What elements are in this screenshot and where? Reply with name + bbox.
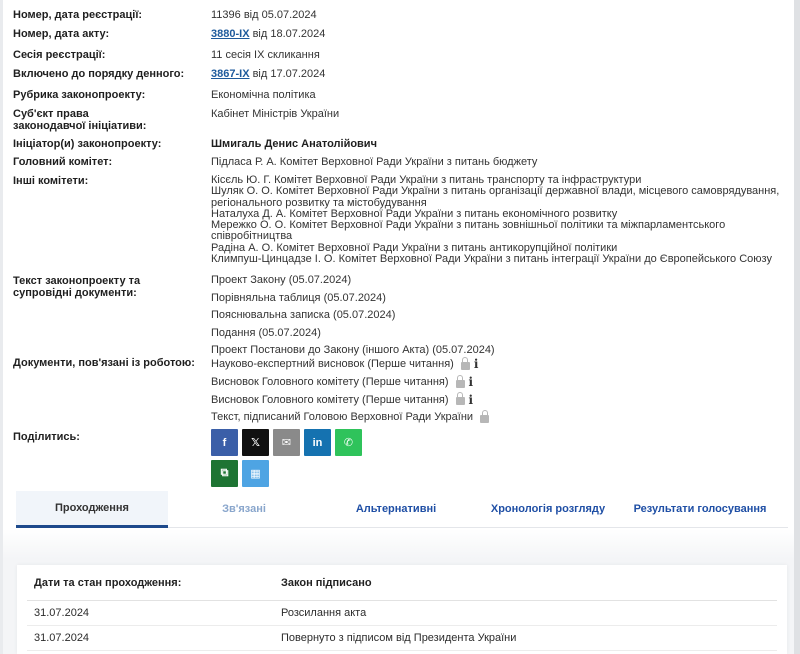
table-header: Дати та стан проходження: Закон підписан… xyxy=(27,565,777,601)
related-doc[interactable]: Науково-експертний висновок (Перше читан… xyxy=(211,356,489,374)
row-date: 31.07.2024 xyxy=(27,632,281,644)
row-event: Повернуто з підписом від Президента Укра… xyxy=(281,632,516,644)
subject-label: Суб'єкт права законодавчої ініціативи: xyxy=(13,108,163,132)
other-committees-list: Кісєль Ю. Г. Комітет Верховної Ради Укра… xyxy=(211,175,788,265)
rubric-value: Економічна політика xyxy=(211,89,316,101)
related-row: Документи, пов'язані із роботою: Науково… xyxy=(13,357,489,427)
session-label: Сесія реєстрації: xyxy=(13,49,211,61)
act-label: Номер, дата акту: xyxy=(13,28,211,40)
x-icon: 𝕏 xyxy=(251,436,260,449)
linkedin-icon: in xyxy=(313,437,323,449)
committee-line: Шуляк О. О. Комітет Верховної Ради Украї… xyxy=(211,186,788,197)
related-list: Науково-експертний висновок (Перше читан… xyxy=(211,356,489,427)
doc-link[interactable]: Порівняльна таблиця (05.07.2024) xyxy=(211,292,386,304)
related-doc[interactable]: Висновок Головного комітету (Перше читан… xyxy=(211,374,489,392)
agenda-row: Включено до порядку денного: 3867-IX від… xyxy=(13,68,325,80)
whatsapp-icon: ✆ xyxy=(344,436,353,449)
lock-icon xyxy=(461,362,470,370)
texts-row: Текст законопроекту та супровідні докуме… xyxy=(13,275,495,360)
related-doc[interactable]: Висновок Головного комітету (Перше читан… xyxy=(211,392,489,410)
related-label: Документи, пов'язані із роботою: xyxy=(13,357,211,427)
session-value: 11 сесія IX скликання xyxy=(211,49,320,61)
doc-link[interactable]: Подання (05.07.2024) xyxy=(211,327,321,339)
facebook-icon: f xyxy=(223,437,227,449)
lock-icon xyxy=(480,415,489,423)
email-share-button[interactable]: ✉ xyxy=(273,429,300,456)
tab-4[interactable]: Результати голосування xyxy=(624,491,776,527)
qr-share-button[interactable]: ▦ xyxy=(242,460,269,487)
initiator-row: Ініціатор(и) законопроекту: Шмигаль Дени… xyxy=(13,138,377,150)
header-dates: Дати та стан проходження: xyxy=(27,577,281,589)
committee-line: Климпуш-Цинцадзе І. О. Комітет Верховної… xyxy=(211,254,788,265)
subject-row: Суб'єкт права законодавчої ініціативи: К… xyxy=(13,108,339,132)
qr-icon: ▦ xyxy=(250,467,260,480)
rubric-row: Рубрика законопроекту: Економічна політи… xyxy=(13,89,316,101)
progress-table: Дати та стан проходження: Закон підписан… xyxy=(17,565,787,654)
scrollbar[interactable] xyxy=(794,0,800,654)
table-row: 31.07.2024 Повернуто з підписом від През… xyxy=(27,626,777,651)
initiator-value: Шмигаль Денис Анатолійович xyxy=(211,138,377,150)
doc-link[interactable]: Проект Закону (05.07.2024) xyxy=(211,274,351,286)
tab-1[interactable]: Зв'язані xyxy=(168,491,320,527)
share-row: Поділитись: f𝕏✉in✆⧉▦ xyxy=(13,431,371,487)
agenda-date: від 17.07.2024 xyxy=(250,68,326,80)
other-committees-row: Інші комітети: Кісєль Ю. Г. Комітет Верх… xyxy=(13,175,788,265)
related-doc[interactable]: Текст, підписаний Головою Верховної Ради… xyxy=(211,409,489,427)
main-committee-row: Головний комітет: Підласа Р. А. Комітет … xyxy=(13,156,537,168)
info-icon[interactable]: i xyxy=(474,356,479,374)
session-row: Сесія реєстрації: 11 сесія IX скликання xyxy=(13,49,320,61)
row-event: Розсилання акта xyxy=(281,607,366,619)
share-label: Поділитись: xyxy=(13,431,211,487)
header-status: Закон підписано xyxy=(281,577,372,589)
info-icon[interactable]: i xyxy=(469,392,474,410)
tab-2[interactable]: Альтернативні xyxy=(320,491,472,527)
agenda-link[interactable]: 3867-IX xyxy=(211,68,250,80)
copy-share-button[interactable]: ⧉ xyxy=(211,460,238,487)
rubric-label: Рубрика законопроекту: xyxy=(13,89,211,101)
reg-value: 11396 від 05.07.2024 xyxy=(211,9,317,21)
other-committees-label: Інші комітети: xyxy=(13,175,211,265)
table-row: 31.07.2024 Розсилання акта xyxy=(27,601,777,626)
lock-icon xyxy=(456,380,465,388)
texts-list: Проект Закону (05.07.2024) Порівняльна т… xyxy=(211,272,495,360)
whatsapp-share-button[interactable]: ✆ xyxy=(335,429,362,456)
facebook-share-button[interactable]: f xyxy=(211,429,238,456)
email-icon: ✉ xyxy=(282,436,291,449)
doc-link[interactable]: Проект Постанови до Закону (іншого Акта)… xyxy=(211,344,495,356)
page: Номер, дата реєстрації: 11396 від 05.07.… xyxy=(3,0,794,654)
copy-icon: ⧉ xyxy=(221,467,229,480)
subject-value: Кабінет Міністрів України xyxy=(211,108,339,132)
reg-row: Номер, дата реєстрації: 11396 від 05.07.… xyxy=(13,9,317,21)
doc-link[interactable]: Пояснювальна записка (05.07.2024) xyxy=(211,309,395,321)
info-icon[interactable]: i xyxy=(469,374,474,392)
lock-icon xyxy=(456,397,465,405)
act-row: Номер, дата акту: 3880-IX від 18.07.2024 xyxy=(13,28,325,40)
main-committee-value: Підласа Р. А. Комітет Верховної Ради Укр… xyxy=(211,156,537,168)
tab-0[interactable]: Проходження xyxy=(16,491,168,528)
tab-bar: ПроходженняЗв'язаніАльтернативніХронолог… xyxy=(16,491,788,528)
share-buttons: f𝕏✉in✆⧉▦ xyxy=(211,429,371,487)
committee-line: Мережко О. О. Комітет Верховної Ради Укр… xyxy=(211,220,788,231)
act-link[interactable]: 3880-IX xyxy=(211,28,250,40)
agenda-label: Включено до порядку денного: xyxy=(13,68,211,80)
texts-label: Текст законопроекту та супровідні докуме… xyxy=(13,275,198,360)
act-date: від 18.07.2024 xyxy=(250,28,326,40)
initiator-label: Ініціатор(и) законопроекту: xyxy=(13,138,211,150)
tab-3[interactable]: Хронологія розгляду xyxy=(472,491,624,527)
reg-label: Номер, дата реєстрації: xyxy=(13,9,211,21)
row-date: 31.07.2024 xyxy=(27,607,281,619)
main-committee-label: Головний комітет: xyxy=(13,156,211,168)
linkedin-share-button[interactable]: in xyxy=(304,429,331,456)
x-share-button[interactable]: 𝕏 xyxy=(242,429,269,456)
